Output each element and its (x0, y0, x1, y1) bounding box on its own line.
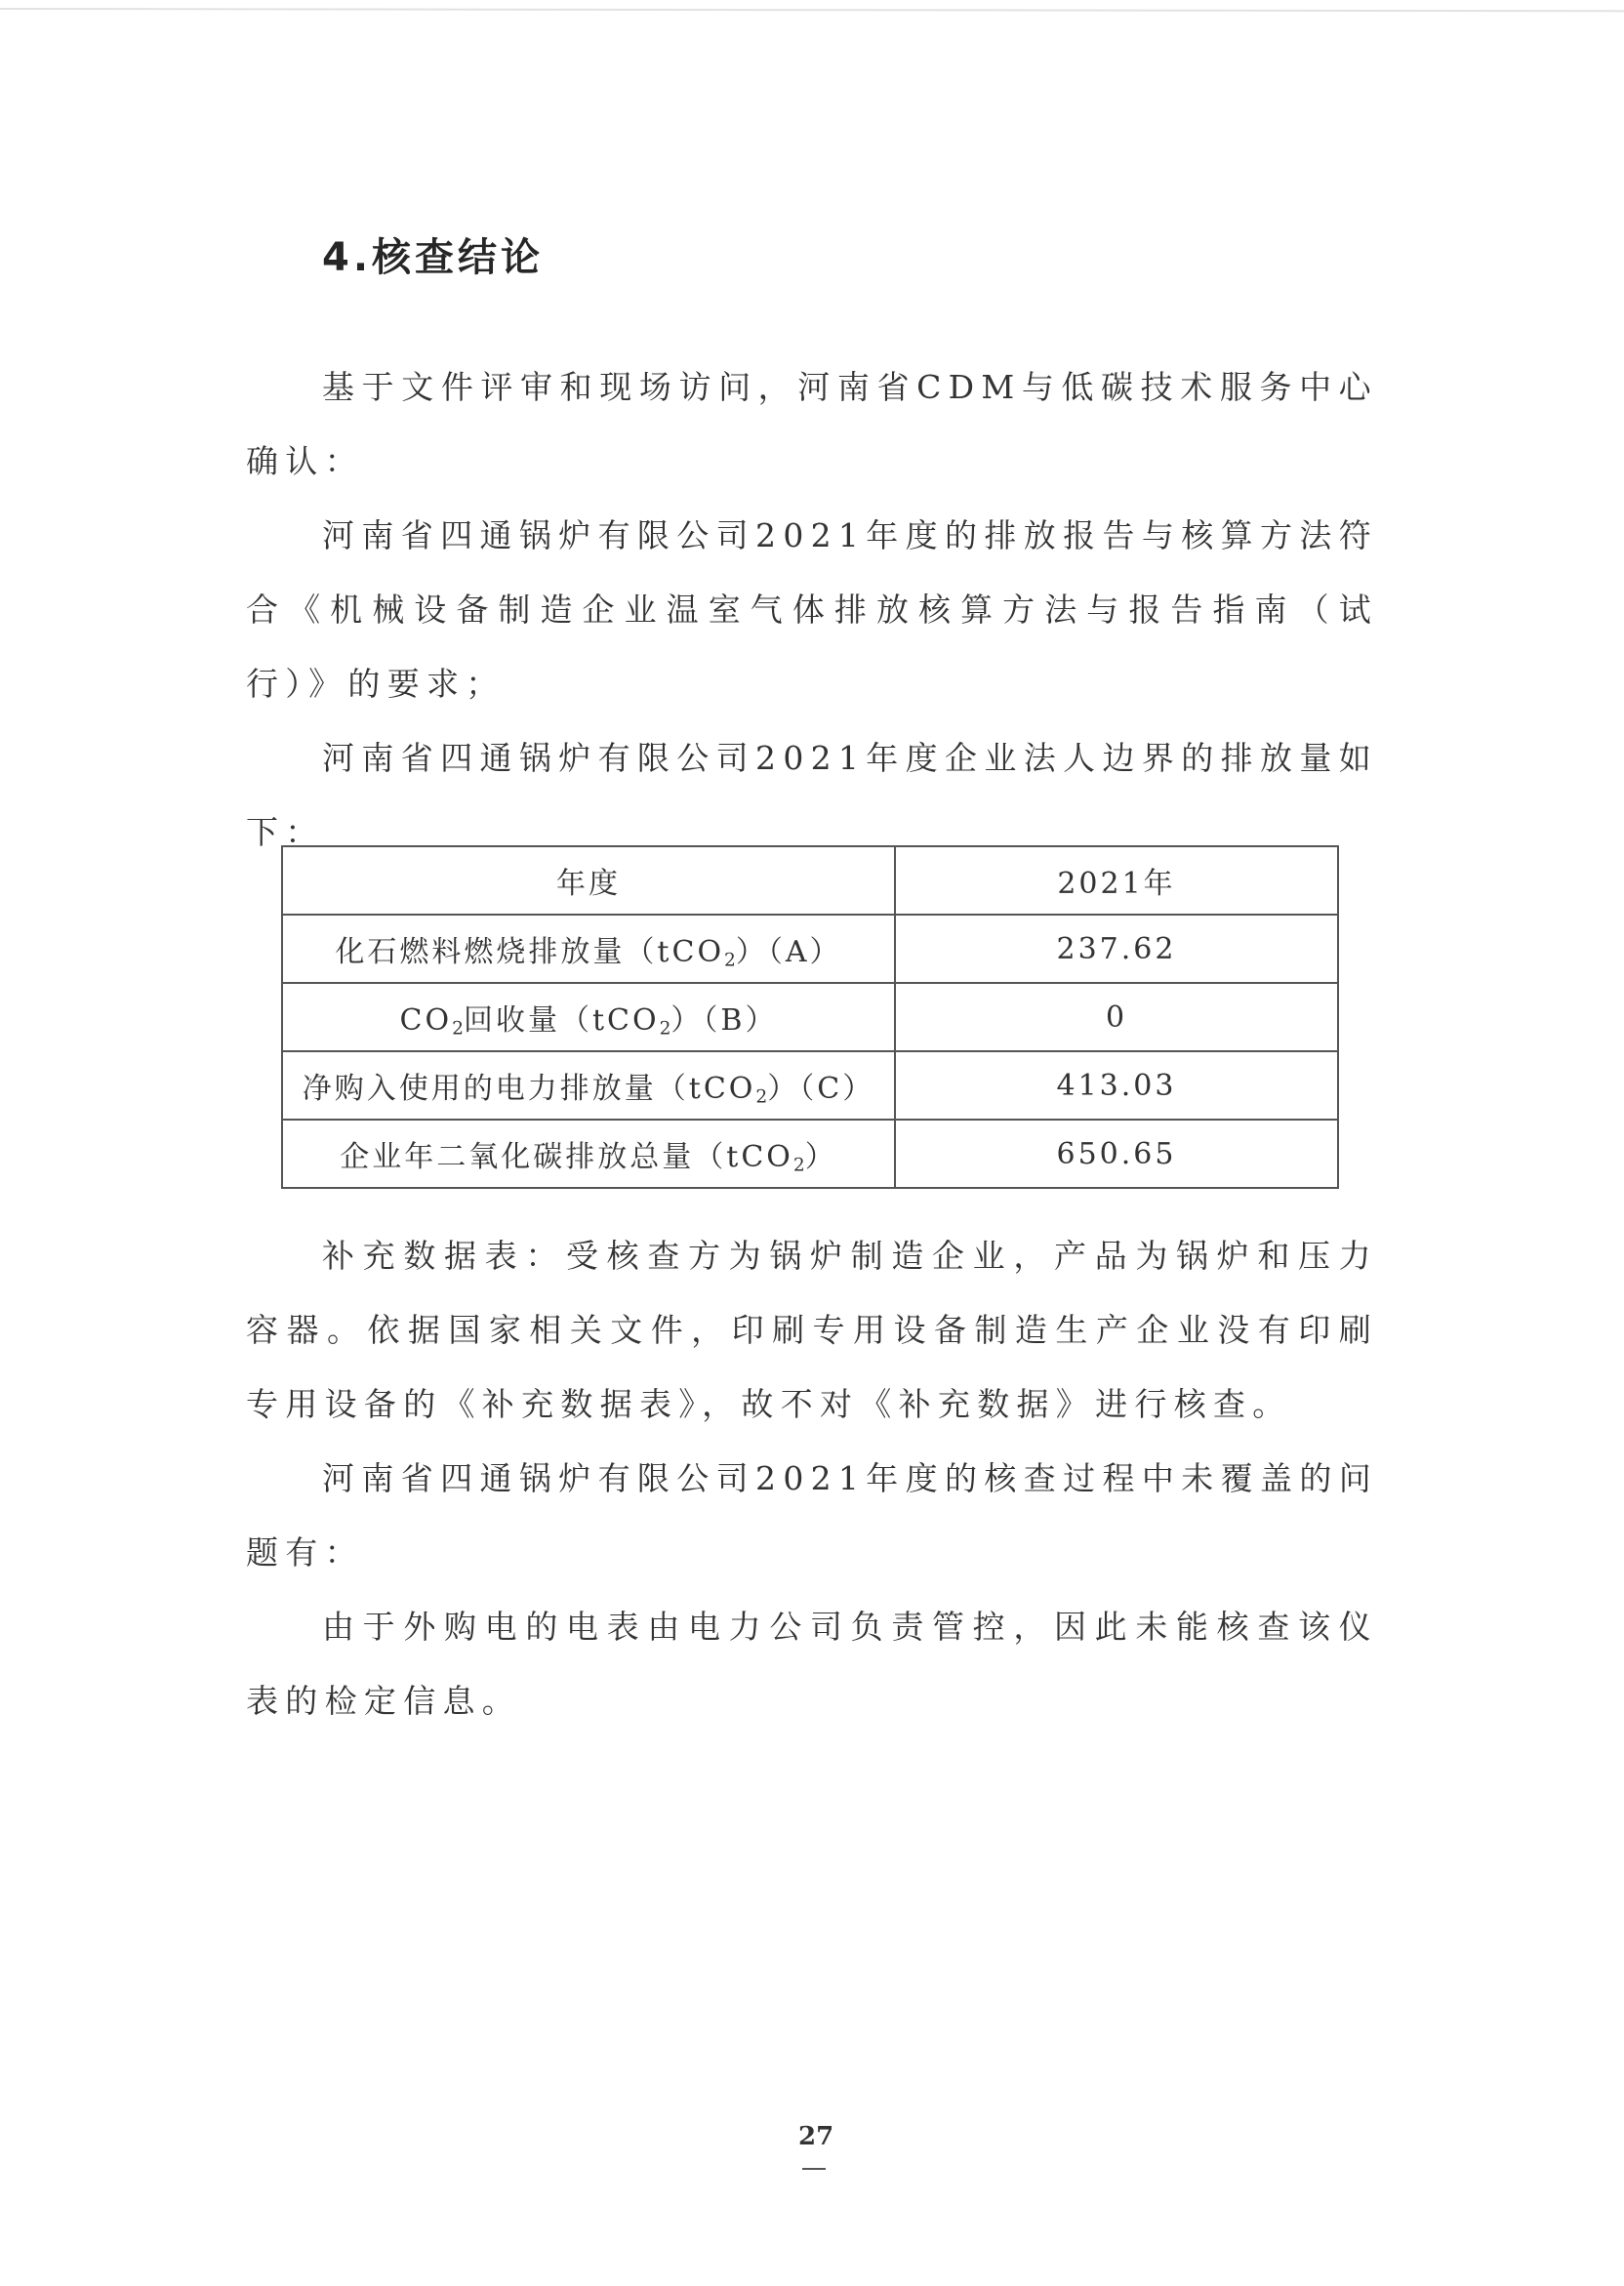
table-row: CO2回收量（tCO2）（B） 0 (282, 983, 1338, 1051)
table-header-label: 年度 (282, 846, 895, 915)
row-label-co2-recovery: CO2回收量（tCO2）（B） (282, 983, 895, 1051)
paragraph-meter-issue: 由于外购电的电表由电力公司负责管控，因此未能核查该仪表的检定信息。 (246, 1590, 1378, 1738)
row-value-co2-recovery: 0 (895, 983, 1338, 1051)
row-value-total: 650.65 (895, 1120, 1338, 1188)
row-value-electricity: 413.03 (895, 1051, 1338, 1120)
row-label-total: 企业年二氧化碳排放总量（tCO2） (282, 1120, 895, 1188)
row-value-fossil-fuel: 237.62 (895, 915, 1338, 983)
emissions-table: 年度 2021年 化石燃料燃烧排放量（tCO2）（A） 237.62 CO2回收… (281, 845, 1339, 1189)
paragraph-compliance: 河南省四通锅炉有限公司2021年度的排放报告与核算方法符合《机械设备制造企业温室… (246, 499, 1378, 721)
table-row: 化石燃料燃烧排放量（tCO2）（A） 237.62 (282, 915, 1338, 983)
section-heading: 4.核查结论 (322, 226, 544, 282)
row-label-fossil-fuel: 化石燃料燃烧排放量（tCO2）（A） (282, 915, 895, 983)
paragraph-confirmation: 基于文件评审和现场访问，河南省CDM与低碳技术服务中心确认： (246, 350, 1378, 499)
document-page: 4.核查结论 基于文件评审和现场访问，河南省CDM与低碳技术服务中心确认： 河南… (0, 0, 1624, 2286)
row-label-electricity: 净购入使用的电力排放量（tCO2）（C） (282, 1051, 895, 1120)
table-row: 企业年二氧化碳排放总量（tCO2） 650.65 (282, 1120, 1338, 1188)
page-number: 27 (798, 2122, 833, 2151)
page-number-underline (802, 2168, 826, 2170)
paragraph-uncovered-issues: 河南省四通锅炉有限公司2021年度的核查过程中未覆盖的问题有： (246, 1442, 1378, 1590)
table-header-row: 年度 2021年 (282, 846, 1338, 915)
paragraph-supplementary-data: 补充数据表：受核查方为锅炉制造企业，产品为锅炉和压力容器。依据国家相关文件，印刷… (246, 1219, 1378, 1442)
table-header-value: 2021年 (895, 846, 1338, 915)
table-row: 净购入使用的电力排放量（tCO2）（C） 413.03 (282, 1051, 1338, 1120)
